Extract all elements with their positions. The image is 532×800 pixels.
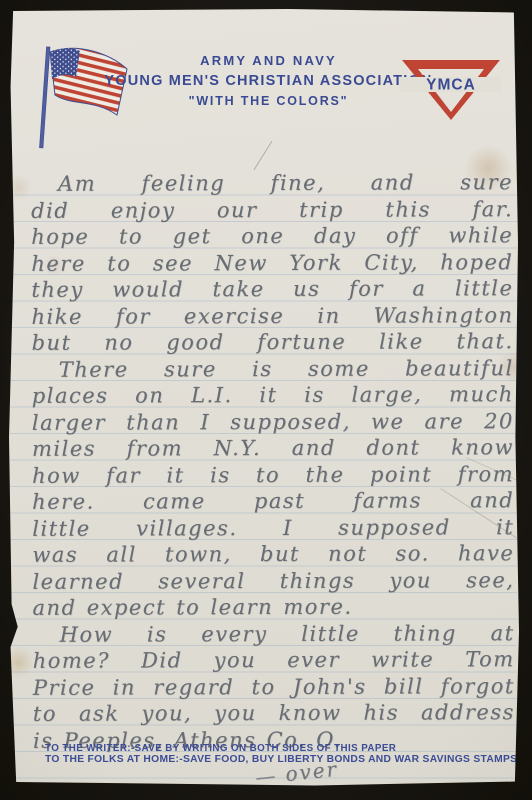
handwritten-line: did enjoy our trip this far. (31, 196, 513, 224)
footer-writer-line: TO THE WRITER:-SAVE BY WRITING ON BOTH S… (45, 744, 517, 755)
ymca-logo-text: YMCA (426, 77, 476, 94)
handwritten-line: How is every little thing at (33, 620, 515, 648)
handwritten-line: Am feeling fine, and sure (31, 169, 513, 197)
handwritten-line: larger than I supposed, we are 20 (32, 408, 514, 436)
handwritten-line: learned several things you see, (32, 567, 514, 595)
handwritten-line: hope to get one day off while (31, 222, 513, 250)
handwritten-line: they would take us for a little (31, 275, 513, 303)
handwritten-line: places on L.I. it is large, much (32, 381, 514, 409)
letter-paper: ARMY AND NAVY YOUNG MEN'S CHRISTIAN ASSO… (8, 9, 519, 787)
letter-photo-background: ARMY AND NAVY YOUNG MEN'S CHRISTIAN ASSO… (0, 0, 532, 800)
handwritten-line: miles from N.Y. and dont know (32, 434, 514, 462)
handwritten-line: was all town, but not so. have (32, 540, 514, 568)
handwritten-line: home? Did you ever write Tom (33, 646, 515, 674)
letter-body-lines: Am feeling fine, and suredid enjoy our t… (31, 169, 515, 754)
handwritten-line: how far it is to the point from (32, 461, 514, 489)
handwritten-line: but no good fortune like that. (32, 328, 514, 356)
handwritten-line: There sure is some beautiful (32, 355, 514, 383)
ymca-red-triangle-icon: YMCA (400, 56, 502, 122)
handwritten-line: Price in regard to John's bill forgot (33, 673, 515, 701)
crease-mark (253, 141, 272, 170)
handwritten-line: and expect to learn more. (32, 593, 514, 621)
handwritten-line: to ask you, you know his address (33, 699, 515, 727)
handwritten-line: here to see New York City, hoped (31, 249, 513, 277)
handwritten-line: hike for exercise in Washington (31, 302, 513, 330)
handwritten-line: little villages. I supposed it (32, 514, 514, 542)
handwritten-line: here. came past farms and (32, 487, 514, 515)
